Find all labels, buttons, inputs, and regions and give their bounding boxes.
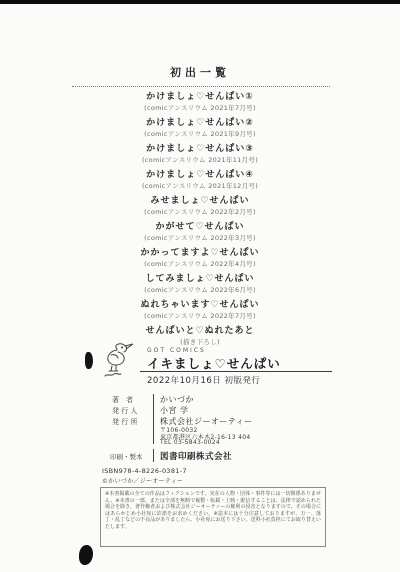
got-comics-bird-logo-icon (103, 341, 141, 373)
chapter-source: (comicアンスリウム 2022年6月号) (0, 286, 400, 294)
colophon-page: 初出一覧 かけましょ♡せんぱい① (comicアンスリウム 2021年7月号) … (0, 0, 400, 572)
chapter-source: (comicアンスリウム 2022年7月号) (0, 312, 400, 320)
chapter-source: (comicアンスリウム 2021年9月号) (0, 130, 400, 138)
scan-artifact-top-edge (0, 0, 400, 4)
chapter-title: ぬれちゃいます♡せんぱい (0, 300, 400, 311)
credit-label-printer: 印刷・製本 (110, 452, 148, 461)
list-item: みせましょ♡せんぱい (comicアンスリウム 2022年2月号) (0, 196, 400, 216)
credit-label-publisher-person: 発 行 人 (112, 406, 148, 416)
publisher-phone: TEL 03-5843-0024 (160, 439, 220, 446)
chapter-title: せんぱいと♡ぬれたあと (0, 326, 400, 337)
credits-divider (153, 394, 154, 444)
heading-dotted-rule (72, 86, 330, 87)
edition-date: 2022年10月16日 初版発行 (147, 374, 260, 386)
list-item: してみましょ♡せんぱい (comicアンスリウム 2022年6月号) (0, 274, 400, 294)
credit-value-publisher-person: 小宮 学 (160, 405, 189, 416)
credits-divider (153, 449, 154, 462)
chapter-title: みせましょ♡せんぱい (0, 196, 400, 207)
list-item: かけましょ♡せんぱい④ (comicアンスリウム 2021年12月号) (0, 170, 400, 190)
book-title: イキましょ♡せんぱい (147, 354, 281, 372)
scan-artifact-bottom-left-blob (79, 545, 93, 565)
first-publication-heading: 初出一覧 (0, 64, 400, 80)
chapter-title: してみましょ♡せんぱい (0, 274, 400, 285)
isbn: ISBN978-4-8226-0381-7 (102, 467, 187, 475)
chapter-source: (comicアンスリウム 2021年12月号) (0, 182, 400, 190)
chapter-source: (描き下ろし) (0, 338, 400, 346)
chapter-title: かけましょ♡せんぱい④ (0, 170, 400, 181)
credit-label-author: 著 者 (112, 395, 148, 405)
chapter-source: (comicアンスリウム 2021年11月号) (0, 156, 400, 164)
disclaimer-box: ※本書掲載の全ての作品はフィクションです。実在の人物・団体・事件等には一切関係あ… (100, 487, 326, 547)
chapter-title: かけましょ♡せんぱい③ (0, 144, 400, 155)
list-item: かかってますよ♡せんぱい (comicアンスリウム 2022年4月号) (0, 248, 400, 268)
chapter-title: かけましょ♡せんぱい② (0, 118, 400, 129)
chapter-source: (comicアンスリウム 2021年7月号) (0, 104, 400, 112)
first-publication-list: かけましょ♡せんぱい① (comicアンスリウム 2021年7月号) かけましょ… (0, 92, 400, 352)
chapter-source: (comicアンスリウム 2022年3月号) (0, 234, 400, 242)
scan-artifact-left-blob (85, 352, 93, 369)
chapter-source: (comicアンスリウム 2022年4月号) (0, 260, 400, 268)
title-rule (140, 371, 332, 372)
credit-label-publisher: 発 行 所 (112, 417, 148, 427)
chapter-source: (comicアンスリウム 2022年2月号) (0, 208, 400, 216)
credit-value-printer: 図書印刷株式会社 (160, 450, 232, 462)
credit-value-author: かいづか (160, 394, 194, 405)
chapter-title: かけましょ♡せんぱい① (0, 92, 400, 103)
logo-scribble-mark (104, 372, 122, 378)
list-item: かけましょ♡せんぱい① (comicアンスリウム 2021年7月号) (0, 92, 400, 112)
copyright: ©かいづか／ジーオーティー (102, 476, 183, 485)
list-item: せんぱいと♡ぬれたあと (描き下ろし) (0, 326, 400, 346)
list-item: かがせて♡せんぱい (comicアンスリウム 2022年3月号) (0, 222, 400, 242)
list-item: かけましょ♡せんぱい③ (comicアンスリウム 2021年11月号) (0, 144, 400, 164)
series-label: GOT COMICS (147, 347, 206, 354)
list-item: かけましょ♡せんぱい② (comicアンスリウム 2021年9月号) (0, 118, 400, 138)
list-item: ぬれちゃいます♡せんぱい (comicアンスリウム 2022年7月号) (0, 300, 400, 320)
chapter-title: かがせて♡せんぱい (0, 222, 400, 233)
chapter-title: かかってますよ♡せんぱい (0, 248, 400, 259)
